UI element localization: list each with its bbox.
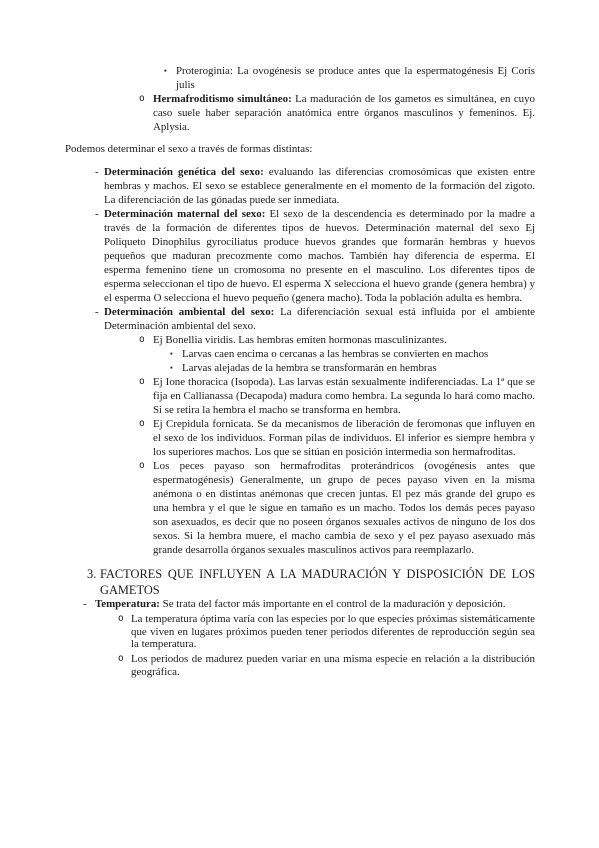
list-item-text: Larvas caen encima o cercanas a las hemb… <box>182 347 535 361</box>
list-item-temperatura-optima: o La temperatura óptima varía con las es… <box>118 613 535 651</box>
page-content: ▪ Proteroginia: La ovogénesis se produce… <box>65 64 535 679</box>
ambiental-sublist: o Ej Bonellia viridis. Las hembras emite… <box>65 333 535 557</box>
list-item-crepidula: o Ej Crepidula fornicata. Se da mecanism… <box>139 417 535 459</box>
circle-bullet-icon: o <box>139 333 153 347</box>
list-item-bonellia: o Ej Bonellia viridis. Las hembras emite… <box>139 333 535 347</box>
list-item-proteroginia: ▪ Proteroginia: La ovogénesis se produce… <box>164 64 535 92</box>
dash-bullet-icon: - <box>95 305 104 319</box>
bold-run-label: Determinación maternal del sexo: <box>104 208 265 220</box>
list-item-text: Ej Crepidula fornicata. Se da mecanismos… <box>153 417 535 459</box>
list-item-text: Ej Bonellia viridis. Las hembras emiten … <box>153 333 535 347</box>
list-item-larvas-hembras: ▪ Larvas alejadas de la hembra se transf… <box>170 361 535 375</box>
circle-bullet-icon: o <box>118 613 131 626</box>
list-item-text: Larvas alejadas de la hembra se transfor… <box>182 361 535 375</box>
list-item-text: La temperatura óptima varía con las espe… <box>131 613 535 651</box>
bold-run-label: Temperatura: <box>95 598 160 610</box>
intro-paragraph: Podemos determinar el sexo a través de f… <box>65 142 535 156</box>
list-item-larvas-machos: ▪ Larvas caen encima o cercanas a las he… <box>170 347 535 361</box>
list-item-peces-payaso: o Los peces payaso son hermafroditas pro… <box>139 459 535 557</box>
document-page: ▪ Proteroginia: La ovogénesis se produce… <box>0 0 599 848</box>
list-item-text: Temperatura: Se trata del factor más imp… <box>95 598 535 611</box>
circle-bullet-icon: o <box>139 375 153 389</box>
square-bullet-icon: ▪ <box>164 64 176 78</box>
section-title: FACTORES QUE INFLUYEN A LA MADURACIÓN Y … <box>100 566 535 598</box>
list-item-determinacion-ambiental: - Determinación ambiental del sexo: La d… <box>95 305 535 333</box>
list-item-text: Proteroginia: La ovogénesis se produce a… <box>176 64 535 92</box>
list-item-text: Los periodos de madurez pueden variar en… <box>131 653 535 679</box>
square-bullet-icon: ▪ <box>170 361 182 375</box>
list-item-determinacion-genetica: - Determinación genética del sexo: evalu… <box>95 165 535 207</box>
list-item-text: Determinación ambiental del sexo: La dif… <box>104 305 535 333</box>
bold-run-label: Determinación ambiental del sexo: <box>104 306 274 318</box>
list-item-text: Hermafroditismo simultáneo: La maduració… <box>153 92 535 134</box>
list-item-text: Determinación maternal del sexo: El sexo… <box>104 207 535 305</box>
bold-run-label: Hermafroditismo simultáneo: <box>153 93 292 105</box>
list-item-hermafroditismo: o Hermafroditismo simultáneo: La madurac… <box>139 92 535 134</box>
square-bullet-icon: ▪ <box>170 347 182 361</box>
list-item-text: Determinación genética del sexo: evaluan… <box>104 165 535 207</box>
text-run: Se trata del factor más importante en el… <box>163 598 506 610</box>
list-item-temperatura: - Temperatura: Se trata del factor más i… <box>83 598 535 611</box>
section-number: 3. <box>87 566 100 598</box>
section3-body: - Temperatura: Se trata del factor más i… <box>65 598 535 679</box>
list-item-ione: o Ej Ione thoracica (Isopoda). Las larva… <box>139 375 535 417</box>
dash-bullet-icon: - <box>95 207 104 221</box>
bold-run-label: Determinación genética del sexo: <box>104 166 264 178</box>
dash-bullet-icon: - <box>83 598 95 611</box>
circle-bullet-icon: o <box>139 92 153 106</box>
list-item-determinacion-maternal: - Determinación maternal del sexo: El se… <box>95 207 535 305</box>
circle-bullet-icon: o <box>139 459 153 473</box>
list-item-text: Los peces payaso son hermafroditas prote… <box>153 459 535 557</box>
circle-bullet-icon: o <box>118 653 131 666</box>
circle-bullet-icon: o <box>139 417 153 431</box>
dash-bullet-icon: - <box>95 165 104 179</box>
text-run: El sexo de la descendencia es determinad… <box>104 208 535 304</box>
section-heading: 3. FACTORES QUE INFLUYEN A LA MADURACIÓN… <box>87 566 535 598</box>
list-item-text: Ej Ione thoracica (Isopoda). Las larvas … <box>153 375 535 417</box>
list-item-periodos-madurez: o Los periodos de madurez pueden variar … <box>118 653 535 679</box>
determination-list: - Determinación genética del sexo: evalu… <box>65 165 535 557</box>
